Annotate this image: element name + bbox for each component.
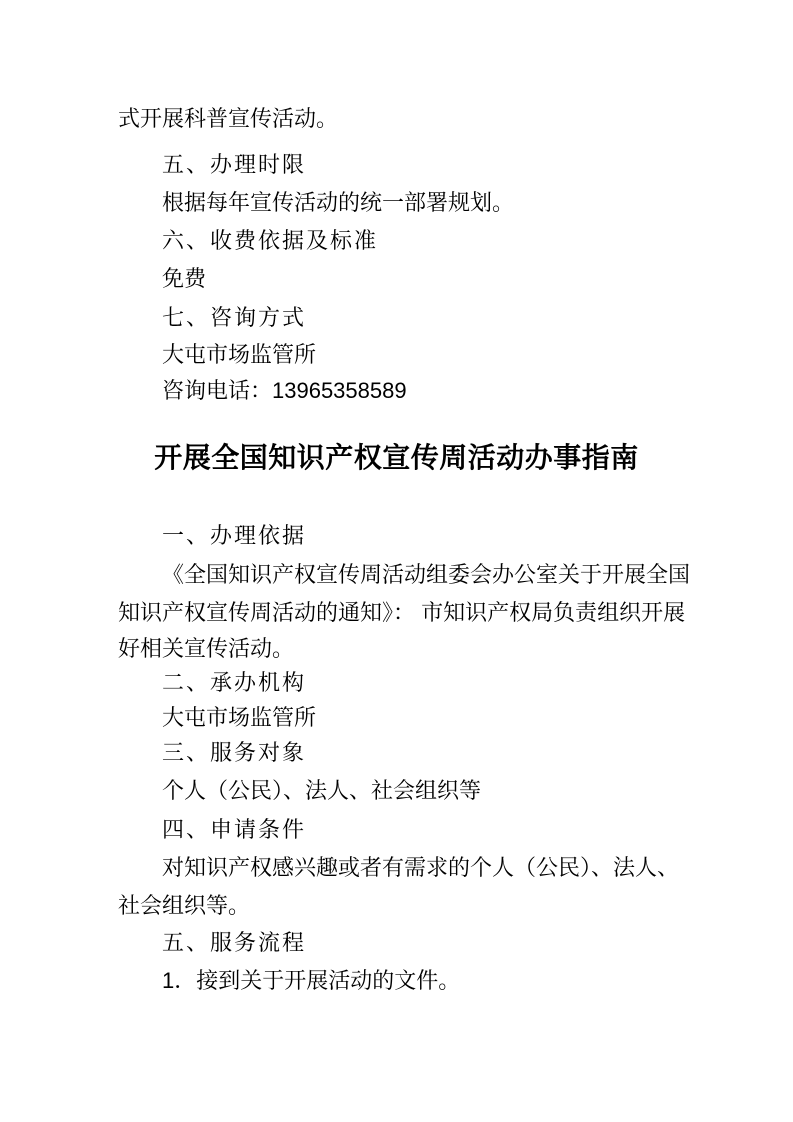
section-heading-application-conditions: 四、申请条件 [118,815,675,845]
section-heading-undertaker: 二、承办机构 [118,668,675,698]
section-heading-fee-basis: 六、收费依据及标准 [118,226,675,256]
page-title: 开展全国知识产权宣传周活动办事指南 [0,440,793,476]
section-heading-consultation: 七、咨询方式 [118,303,675,333]
section-heading-service-process: 五、服务流程 [118,928,675,958]
section-heading-processing-time: 五、办理时限 [118,150,675,180]
body-line-step-1: 1．接到关于开展活动的文件。 [118,966,675,996]
body-line: 社会组织等。 [118,891,675,921]
body-line: 好相关宣传活动。 [118,634,675,664]
document-page: 式开展科普宣传活动。 五、办理时限 根据每年宣传活动的统一部署规划。 六、收费依… [0,0,793,1122]
body-line-agency: 大屯市场监管所 [118,340,675,370]
body-line-agency: 大屯市场监管所 [118,703,675,733]
body-line: 对知识产权感兴趣或者有需求的个人（公民）、法人、 [118,853,675,883]
paragraph-continuation-line: 式开展科普宣传活动。 [118,104,675,134]
body-line: 个人（公民）、法人、社会组织等 [118,776,675,806]
body-line-free: 免费 [118,264,675,294]
section-heading-service-target: 三、服务对象 [118,738,675,768]
section-heading-basis: 一、办理依据 [118,521,675,551]
body-line: 根据每年宣传活动的统一部署规划。 [118,188,675,218]
body-line: 《全国知识产权宣传周活动组委会办公室关于开展全国 [118,560,675,590]
body-line: 知识产权宣传周活动的通知》： 市知识产权局负责组织开展 [118,598,675,628]
body-line-phone: 咨询电话：13965358589 [118,376,675,406]
